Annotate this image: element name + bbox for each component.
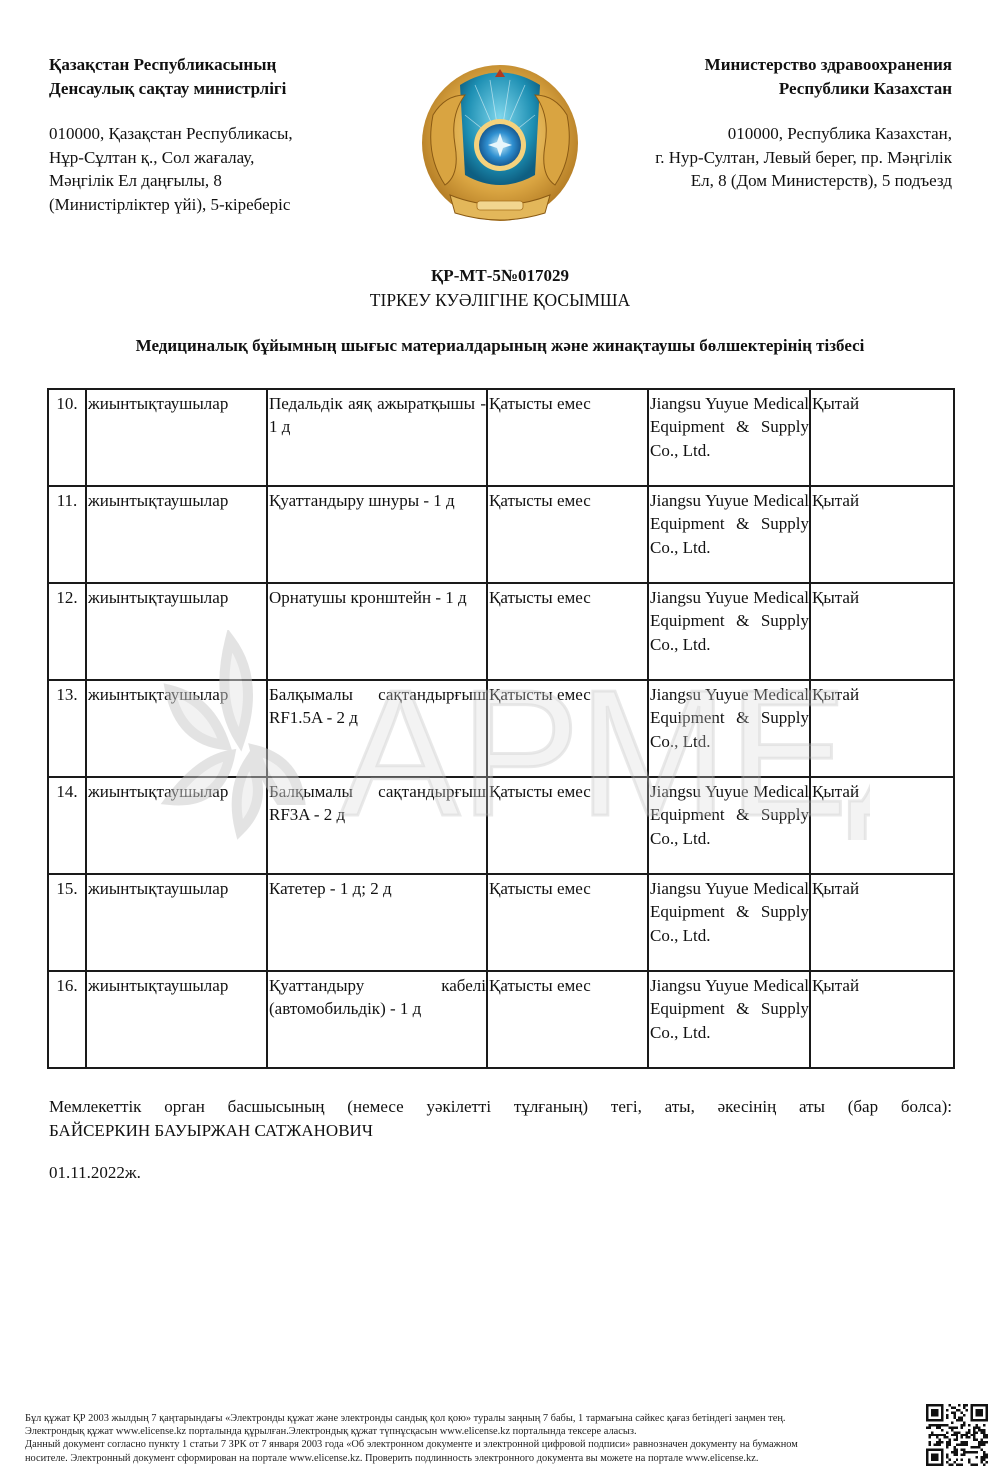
manufacturer-cell: Jiangsu Yuyue Medical Equipment & Supply… [648, 486, 810, 583]
applicability-cell: Қатысты емес [487, 777, 648, 874]
row-number-cell: 13. [48, 680, 86, 777]
manufacturer-cell: Jiangsu Yuyue Medical Equipment & Supply… [648, 874, 810, 971]
document-heading: ТІРКЕУ КУӘЛІГІНЕ ҚОСЫМША [0, 289, 1000, 311]
address-line: 010000, Республика Казахстан, [532, 122, 952, 146]
table-row: 11.жиынтықтаушыларҚуаттандыру шнуры - 1 … [48, 486, 954, 583]
qr-code-icon [926, 1404, 988, 1466]
address-line: 010000, Қазақстан Республикасы, [49, 122, 409, 146]
applicability-cell: Қатысты емес [487, 680, 648, 777]
address-line: (Министірліктер үйі), 5-кіреберіс [49, 193, 409, 217]
component-name-cell: Балқымалы сақтандырғыш RF1.5A - 2 д [267, 680, 487, 777]
title-line: Министерство здравоохранения [532, 53, 952, 77]
row-number-cell: 16. [48, 971, 86, 1068]
address-line: Мәңгілік Ел даңғылы, 8 [49, 169, 409, 193]
component-name-cell: Қуаттандыру шнуры - 1 д [267, 486, 487, 583]
applicability-cell: Қатысты емес [487, 583, 648, 680]
ministry-header-kazakh: Қазақстан Республикасының Денсаулық сақт… [49, 53, 409, 216]
ministry-title-russian: Министерство здравоохранения Республики … [532, 53, 952, 100]
table-row: 16.жиынтықтаушыларҚуаттандыру кабелі (ав… [48, 971, 954, 1068]
title-line: Қазақстан Республикасының [49, 53, 409, 77]
signer-name: БАЙСЕРКИН БАУЫРЖАН САТЖАНОВИЧ [49, 1119, 952, 1143]
country-cell: Қытай [810, 486, 954, 583]
document-number: ҚР-МТ-5№017029 [0, 265, 1000, 287]
footer-line: Бұл құжат ҚР 2003 жылдың 7 қаңтарындағы … [25, 1412, 910, 1425]
table-row: 15.жиынтықтаушыларКатетер - 1 д; 2 дҚаты… [48, 874, 954, 971]
component-type-cell: жиынтықтаушылар [86, 874, 267, 971]
component-type-cell: жиынтықтаушылар [86, 680, 267, 777]
title-line: Денсаулық сақтау министрлігі [49, 77, 409, 101]
country-cell: Қытай [810, 680, 954, 777]
ministry-address-russian: 010000, Республика Казахстан, г. Нур-Сул… [532, 122, 952, 193]
applicability-cell: Қатысты емес [487, 874, 648, 971]
row-number-cell: 10. [48, 389, 86, 486]
ministry-address-kazakh: 010000, Қазақстан Республикасы, Нұр-Сұлт… [49, 122, 409, 216]
footer-line: Данный документ согласно пункту 1 статьи… [25, 1438, 910, 1451]
ministry-header-russian: Министерство здравоохранения Республики … [532, 53, 952, 193]
manufacturer-cell: Jiangsu Yuyue Medical Equipment & Supply… [648, 389, 810, 486]
applicability-cell: Қатысты емес [487, 971, 648, 1068]
address-line: Нұр-Сұлтан қ., Сол жағалау, [49, 146, 409, 170]
legal-footer: Бұл құжат ҚР 2003 жылдың 7 қаңтарындағы … [25, 1412, 910, 1465]
component-name-cell: Педальдік аяқ ажыратқышы - 1 д [267, 389, 487, 486]
address-line: г. Нур-Султан, Левый берег, пр. Мәңгілік [532, 146, 952, 170]
table-row: 12.жиынтықтаушыларОрнатушы кронштейн - 1… [48, 583, 954, 680]
table-row: 10.жиынтықтаушыларПедальдік аяқ ажыратқы… [48, 389, 954, 486]
signer-block: Мемлекеттік орган басшысының (немесе уәк… [49, 1095, 952, 1142]
country-cell: Қытай [810, 777, 954, 874]
components-table: 10.жиынтықтаушыларПедальдік аяқ ажыратқы… [47, 388, 955, 1069]
table-row: 13.жиынтықтаушыларБалқымалы сақтандырғыш… [48, 680, 954, 777]
applicability-cell: Қатысты емес [487, 389, 648, 486]
component-type-cell: жиынтықтаушылар [86, 777, 267, 874]
manufacturer-cell: Jiangsu Yuyue Medical Equipment & Supply… [648, 777, 810, 874]
row-number-cell: 14. [48, 777, 86, 874]
table-row: 14.жиынтықтаушыларБалқымалы сақтандырғыш… [48, 777, 954, 874]
applicability-cell: Қатысты емес [487, 486, 648, 583]
row-number-cell: 15. [48, 874, 86, 971]
ministry-title-kazakh: Қазақстан Республикасының Денсаулық сақт… [49, 53, 409, 100]
component-name-cell: Қуаттандыру кабелі (автомобильдік) - 1 д [267, 971, 487, 1068]
component-name-cell: Катетер - 1 д; 2 д [267, 874, 487, 971]
manufacturer-cell: Jiangsu Yuyue Medical Equipment & Supply… [648, 971, 810, 1068]
document-date: 01.11.2022ж. [49, 1163, 141, 1183]
country-cell: Қытай [810, 583, 954, 680]
component-type-cell: жиынтықтаушылар [86, 583, 267, 680]
footer-line: Электрондық құжат www.elicense.kz портал… [25, 1425, 910, 1438]
country-cell: Қытай [810, 389, 954, 486]
country-cell: Қытай [810, 971, 954, 1068]
address-line: Ел, 8 (Дом Министерств), 5 подъезд [532, 169, 952, 193]
component-type-cell: жиынтықтаушылар [86, 971, 267, 1068]
row-number-cell: 11. [48, 486, 86, 583]
component-name-cell: Орнатушы кронштейн - 1 д [267, 583, 487, 680]
document-subheading: Медициналық бұйымның шығыс материалдарын… [0, 335, 1000, 357]
component-type-cell: жиынтықтаушылар [86, 486, 267, 583]
country-cell: Қытай [810, 874, 954, 971]
manufacturer-cell: Jiangsu Yuyue Medical Equipment & Supply… [648, 583, 810, 680]
component-name-cell: Балқымалы сақтандырғыш RF3A - 2 д [267, 777, 487, 874]
component-type-cell: жиынтықтаушылар [86, 389, 267, 486]
manufacturer-cell: Jiangsu Yuyue Medical Equipment & Supply… [648, 680, 810, 777]
row-number-cell: 12. [48, 583, 86, 680]
footer-line: носителе. Электронный документ сформиров… [25, 1452, 910, 1465]
signer-label: Мемлекеттік орган басшысының (немесе уәк… [49, 1095, 952, 1119]
title-line: Республики Казахстан [532, 77, 952, 101]
